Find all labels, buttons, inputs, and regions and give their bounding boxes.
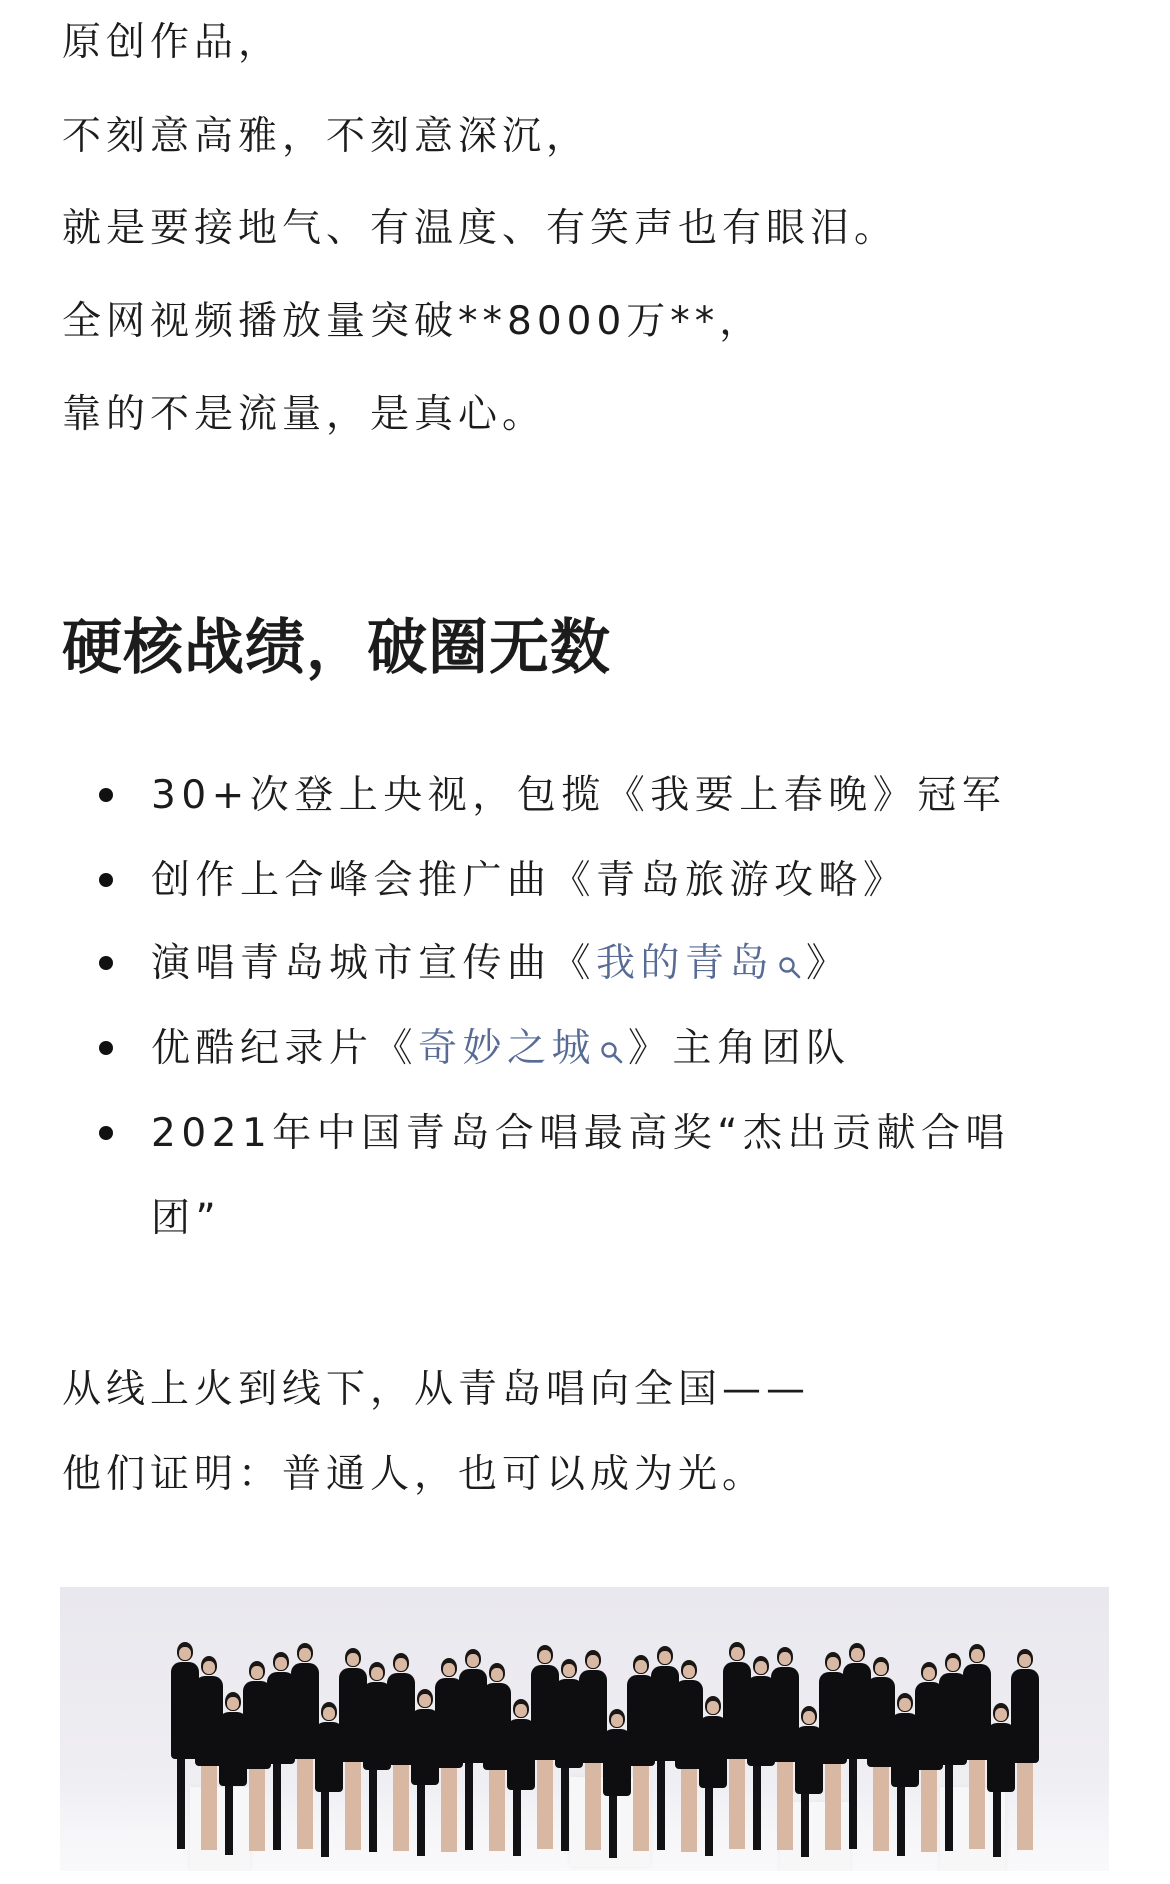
bullet-icon — [99, 788, 113, 802]
achievement-item: 创作上合峰会推广曲《青岛旅游攻略》 — [151, 838, 1051, 923]
intro-paragraph: 全网视频播放量突破**8000万**， — [62, 295, 763, 349]
closing-paragraph: 从线上火到线下，从青岛唱向全国—— — [62, 1363, 810, 1417]
choir-group-photo[interactable] — [60, 1587, 1109, 1871]
achievement-text: 2021年中国青岛合唱最高奖“杰出贡献合唱团” — [151, 1111, 1010, 1241]
achievement-text: 》主角团队 — [628, 1026, 851, 1071]
choir-member — [1010, 1649, 1040, 1857]
achievement-item: 优酷纪录片《奇妙之城》主角团队 — [151, 1006, 1051, 1091]
achievement-text: 创作上合峰会推广曲《青岛旅游攻略》 — [151, 858, 908, 903]
bullet-icon — [99, 1041, 113, 1055]
intro-paragraph: 靠的不是流量，是真心。 — [62, 388, 546, 442]
achievement-item: 2021年中国青岛合唱最高奖“杰出贡献合唱团” — [151, 1091, 1061, 1261]
achievement-text: 优酷纪录片《 — [151, 1026, 418, 1071]
achievement-text: 》 — [806, 941, 851, 986]
achievement-item: 演唱青岛城市宣传曲《我的青岛》 — [151, 921, 1051, 1006]
search-icon[interactable] — [600, 1010, 624, 1034]
search-link-my-qingdao[interactable]: 我的青岛 — [596, 941, 774, 986]
bullet-icon — [99, 956, 113, 970]
achievement-item: 30+次登上央视，包揽《我要上春晚》冠军 — [151, 753, 1051, 838]
search-link-wonderful-city[interactable]: 奇妙之城 — [418, 1026, 596, 1071]
search-icon[interactable] — [778, 925, 802, 949]
intro-paragraph: 不刻意高雅，不刻意深沉， — [62, 110, 590, 164]
achievement-text: 30+次登上央视，包揽《我要上春晚》冠军 — [151, 773, 1006, 818]
bullet-icon — [99, 873, 113, 887]
achievement-text: 演唱青岛城市宣传曲《 — [151, 941, 596, 986]
closing-paragraph: 他们证明：普通人，也可以成为光。 — [62, 1448, 766, 1502]
bullet-icon — [99, 1126, 113, 1140]
intro-paragraph: 原创作品， — [62, 16, 282, 70]
intro-paragraph: 就是要接地气、有温度、有笑声也有眼泪。 — [62, 202, 898, 256]
section-heading: 硬核战绩，破圈无数 — [62, 610, 611, 686]
